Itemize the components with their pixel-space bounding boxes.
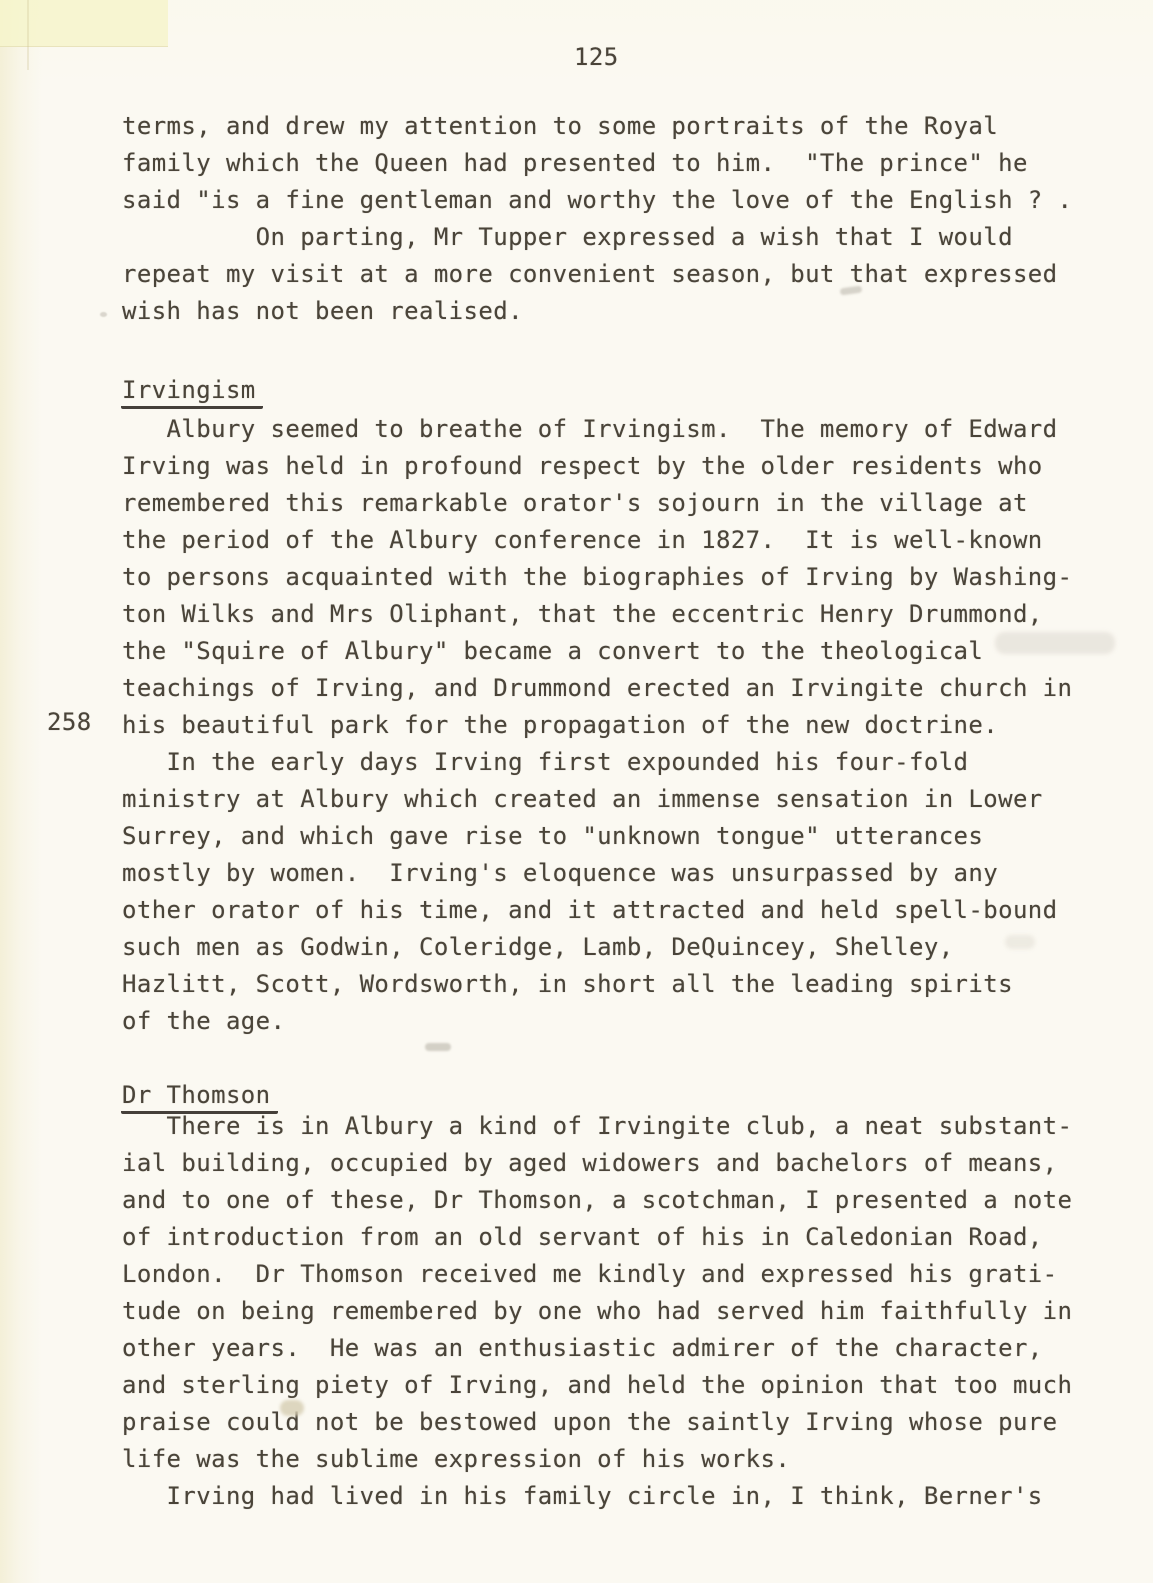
scan-crease-line <box>27 0 29 70</box>
scan-artifact-mark <box>425 1043 451 1051</box>
section-heading-irvingism: Irvingism <box>121 377 263 409</box>
scan-artifact-dot <box>100 312 107 317</box>
intro-paragraph: terms, and drew my attention to some por… <box>122 108 1072 330</box>
scan-edge-yellow-patch <box>0 0 168 47</box>
document-page: 125 terms, and drew my attention to some… <box>0 0 1153 1583</box>
dr-thomson-section-text: There is in Albury a kind of Irvingite c… <box>122 1108 1072 1515</box>
page-number: 125 <box>574 42 619 72</box>
margin-note-258: 258 <box>47 707 92 737</box>
irvingism-section-text: Albury seemed to breathe of Irvingism. T… <box>122 411 1072 1040</box>
